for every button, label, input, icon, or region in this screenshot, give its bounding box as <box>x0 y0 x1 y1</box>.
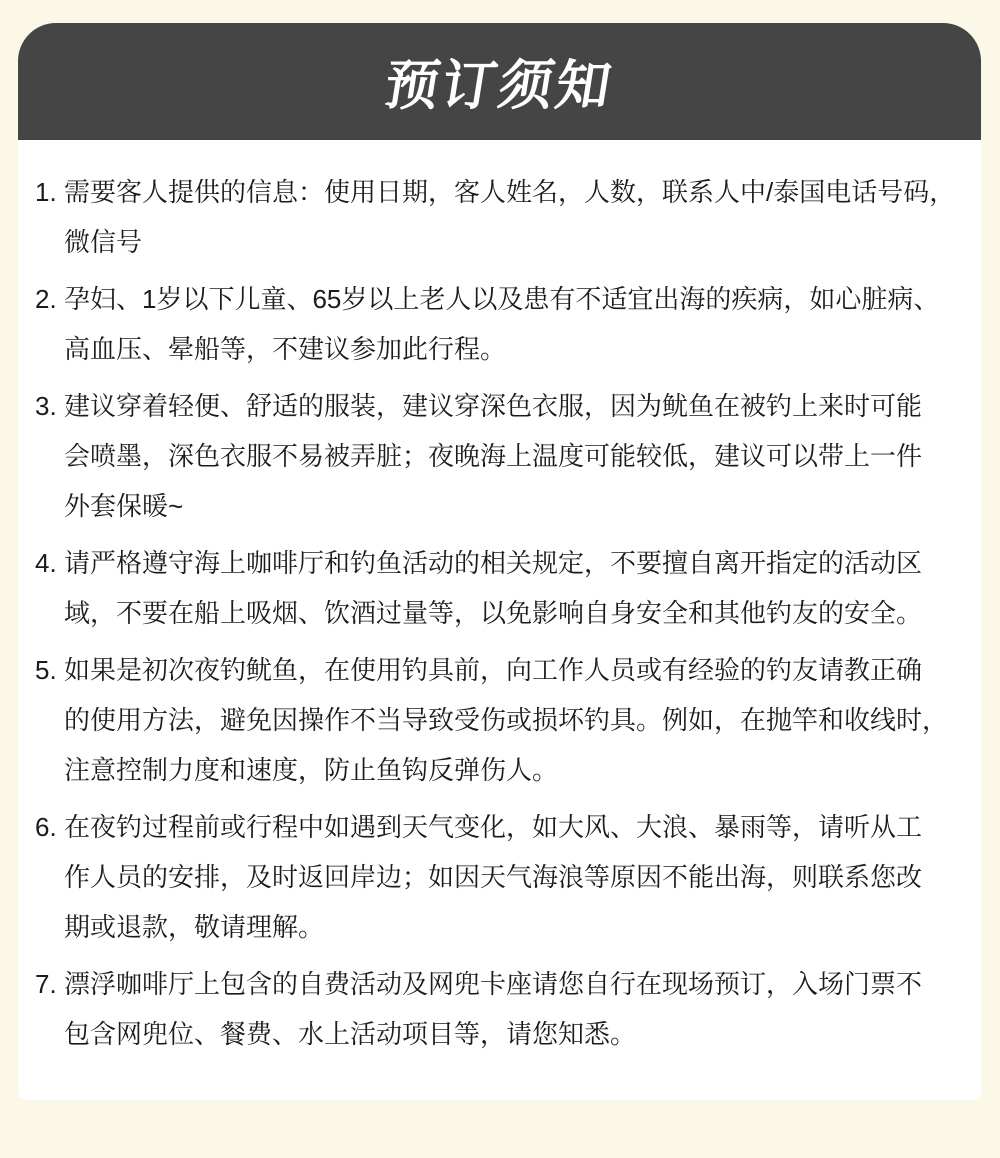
notice-item-text: 建议穿着轻便、舒适的服装，建议穿深色衣服，因为鱿鱼在被钓上来时可能 会喷墨，深色… <box>64 381 922 531</box>
notice-item-number: 5. <box>35 645 64 695</box>
notice-item-3: 3. 建议穿着轻便、舒适的服装，建议穿深色衣服，因为鱿鱼在被钓上来时可能 会喷墨… <box>35 381 969 531</box>
notice-item-number: 4. <box>35 538 64 588</box>
notice-item-6: 6. 在夜钓过程前或行程中如遇到天气变化，如大风、大浪、暴雨等，请听从工 作人员… <box>35 802 969 952</box>
notice-item-7: 7. 漂浮咖啡厅上包含的自费活动及网兜卡座请您自行在现场预订，入场门票不 包含网… <box>35 959 969 1059</box>
notice-item-2: 2. 孕妇、1岁以下儿童、65岁以上老人以及患有不适宜出海的疾病，如心脏病、 高… <box>35 274 969 374</box>
page: { "colors": { "page_background": "#fcf8e… <box>0 0 1000 1158</box>
notice-item-number: 2. <box>35 274 64 324</box>
notice-item-text: 孕妇、1岁以下儿童、65岁以上老人以及患有不适宜出海的疾病，如心脏病、 高血压、… <box>64 274 939 374</box>
notice-item-1: 1. 需要客人提供的信息：使用日期，客人姓名，人数，联系人中/泰国电话号码， 微… <box>35 167 969 267</box>
notice-item-text: 在夜钓过程前或行程中如遇到天气变化，如大风、大浪、暴雨等，请听从工 作人员的安排… <box>64 802 922 952</box>
notice-title: 预订须知 <box>379 43 619 120</box>
notice-card: 1. 需要客人提供的信息：使用日期，客人姓名，人数，联系人中/泰国电话号码， 微… <box>18 140 981 1100</box>
notice-item-number: 6. <box>35 802 64 852</box>
notice-item-text: 需要客人提供的信息：使用日期，客人姓名，人数，联系人中/泰国电话号码， 微信号 <box>64 167 955 267</box>
notice-item-number: 3. <box>35 381 64 431</box>
notice-item-5: 5. 如果是初次夜钓鱿鱼，在使用钓具前，向工作人员或有经验的钓友请教正确 的使用… <box>35 645 969 795</box>
notice-item-number: 7. <box>35 959 64 1009</box>
notice-item-text: 漂浮咖啡厅上包含的自费活动及网兜卡座请您自行在现场预订，入场门票不 包含网兜位、… <box>64 959 922 1059</box>
notice-item-text: 如果是初次夜钓鱿鱼，在使用钓具前，向工作人员或有经验的钓友请教正确 的使用方法，… <box>64 645 948 795</box>
notice-header: 预订须知 <box>18 23 981 140</box>
notice-item-number: 1. <box>35 167 64 217</box>
notice-item-text: 请严格遵守海上咖啡厅和钓鱼活动的相关规定，不要擅自离开指定的活动区 域，不要在船… <box>64 538 922 638</box>
notice-item-4: 4. 请严格遵守海上咖啡厅和钓鱼活动的相关规定，不要擅自离开指定的活动区 域，不… <box>35 538 969 638</box>
